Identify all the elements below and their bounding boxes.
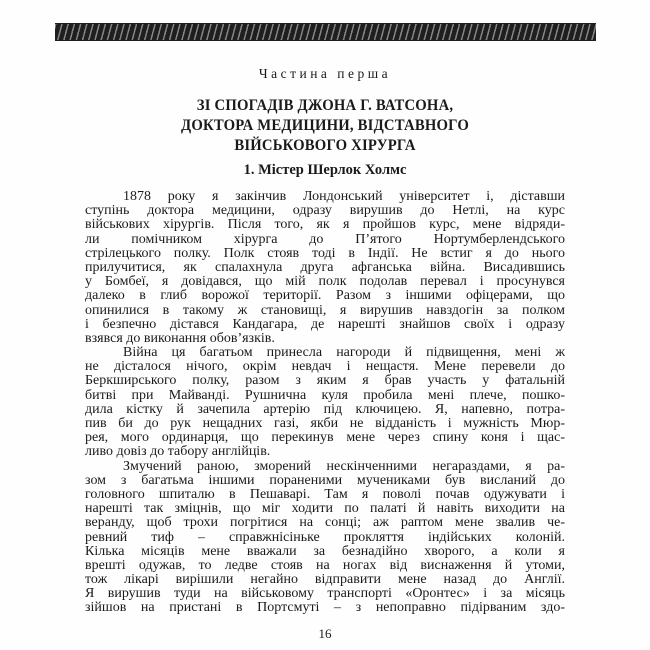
text-line: ступінь доктора медицини, одразу вирушив…: [85, 204, 565, 218]
text-line: веранду, щоб трохи погрітися на сонці; а…: [85, 516, 565, 530]
text-line: Беркширського полку, разом з яким я брав…: [85, 374, 565, 388]
text-line: Я вирушив туди на військовому транспорті…: [85, 587, 565, 601]
text-line: ливо довіз до табору англійців.: [85, 445, 565, 459]
text-line: дила кістку й зачепила артерію під ключи…: [85, 403, 565, 417]
chapter-heading: 1. Містер Шерлок Холмс: [85, 162, 565, 179]
ornamental-header-rule: [55, 23, 596, 41]
paragraph: 1878 року я закінчив Лондонський універс…: [85, 190, 565, 346]
text-line: Кілька місяців мене вважали за безнадійн…: [85, 545, 565, 559]
text-line: прилучитися, як спалахнула друга афгансь…: [85, 261, 565, 275]
text-line: зійшов на пристані в Портсмуті – з непоп…: [85, 601, 565, 615]
text-line: Змучений раною, зморений нескінченними н…: [85, 460, 565, 474]
text-line: ли помічником хірурга до П’ятого Нортумб…: [85, 233, 565, 247]
text-line: тож лікарі вирішили негайно відправити м…: [85, 573, 565, 587]
text-line: опинилися в такому ж становищі, я вируши…: [85, 304, 565, 318]
book-title-line: ВІЙСЬКОВОГО ХІРУРГА: [97, 136, 553, 156]
text-line: у Бомбеї, я довідався, що мій полк подол…: [85, 275, 565, 289]
text-line: далеко в глиб ворожої території. Разом з…: [85, 289, 565, 303]
text-line: головного шпиталю в Пешаварі. Там я пово…: [85, 488, 565, 502]
text-line: врешті одужав, то ледве стояв на ногах в…: [85, 559, 565, 573]
book-page: Частина перша ЗІ СПОГАДІВ ДЖОНА Г. ВАТСО…: [0, 0, 650, 650]
text-line: пив би до рук нещадних газі, якби не від…: [85, 417, 565, 431]
text-line: зом з багатьма іншими пораненими мученик…: [85, 474, 565, 488]
book-title-line: ЗІ СПОГАДІВ ДЖОНА Г. ВАТСОНА,: [97, 96, 553, 116]
text-line: битві при Майванді. Рушнична куля пробил…: [85, 389, 565, 403]
part-label: Частина перша: [85, 66, 565, 82]
text-line: стрілецького полку. Полк стояв тоді в Ін…: [85, 247, 565, 261]
text-line: військових хірургів. Після того, як я пр…: [85, 218, 565, 232]
text-line: і безпечно дістався Кандагара, де нарешт…: [85, 318, 565, 332]
page-number: 16: [85, 626, 565, 642]
text-line: рея, мого ординарця, що перекинув мене ч…: [85, 431, 565, 445]
paragraph: Змучений раною, зморений нескінченними н…: [85, 460, 565, 616]
book-title: ЗІ СПОГАДІВ ДЖОНА Г. ВАТСОНА, ДОКТОРА МЕ…: [97, 96, 553, 156]
text-line: Війна ця багатьом принесла нагороди й пі…: [85, 346, 565, 360]
text-line: взявся до виконання обов’язків.: [85, 332, 565, 346]
body-text: 1878 року я закінчив Лондонський універс…: [85, 190, 565, 616]
text-line: не дісталося нічого, окрім невдач і неща…: [85, 360, 565, 374]
book-title-line: ДОКТОРА МЕДИЦИНИ, ВІДСТАВНОГО: [97, 116, 553, 136]
text-line: 1878 року я закінчив Лондонський універс…: [85, 190, 565, 204]
text-line: ревний тиф – справжнісіньке прокляття ін…: [85, 531, 565, 545]
text-line: нарешті так зміцнів, що міг ходити по па…: [85, 502, 565, 516]
paragraph: Війна ця багатьом принесла нагороди й пі…: [85, 346, 565, 460]
